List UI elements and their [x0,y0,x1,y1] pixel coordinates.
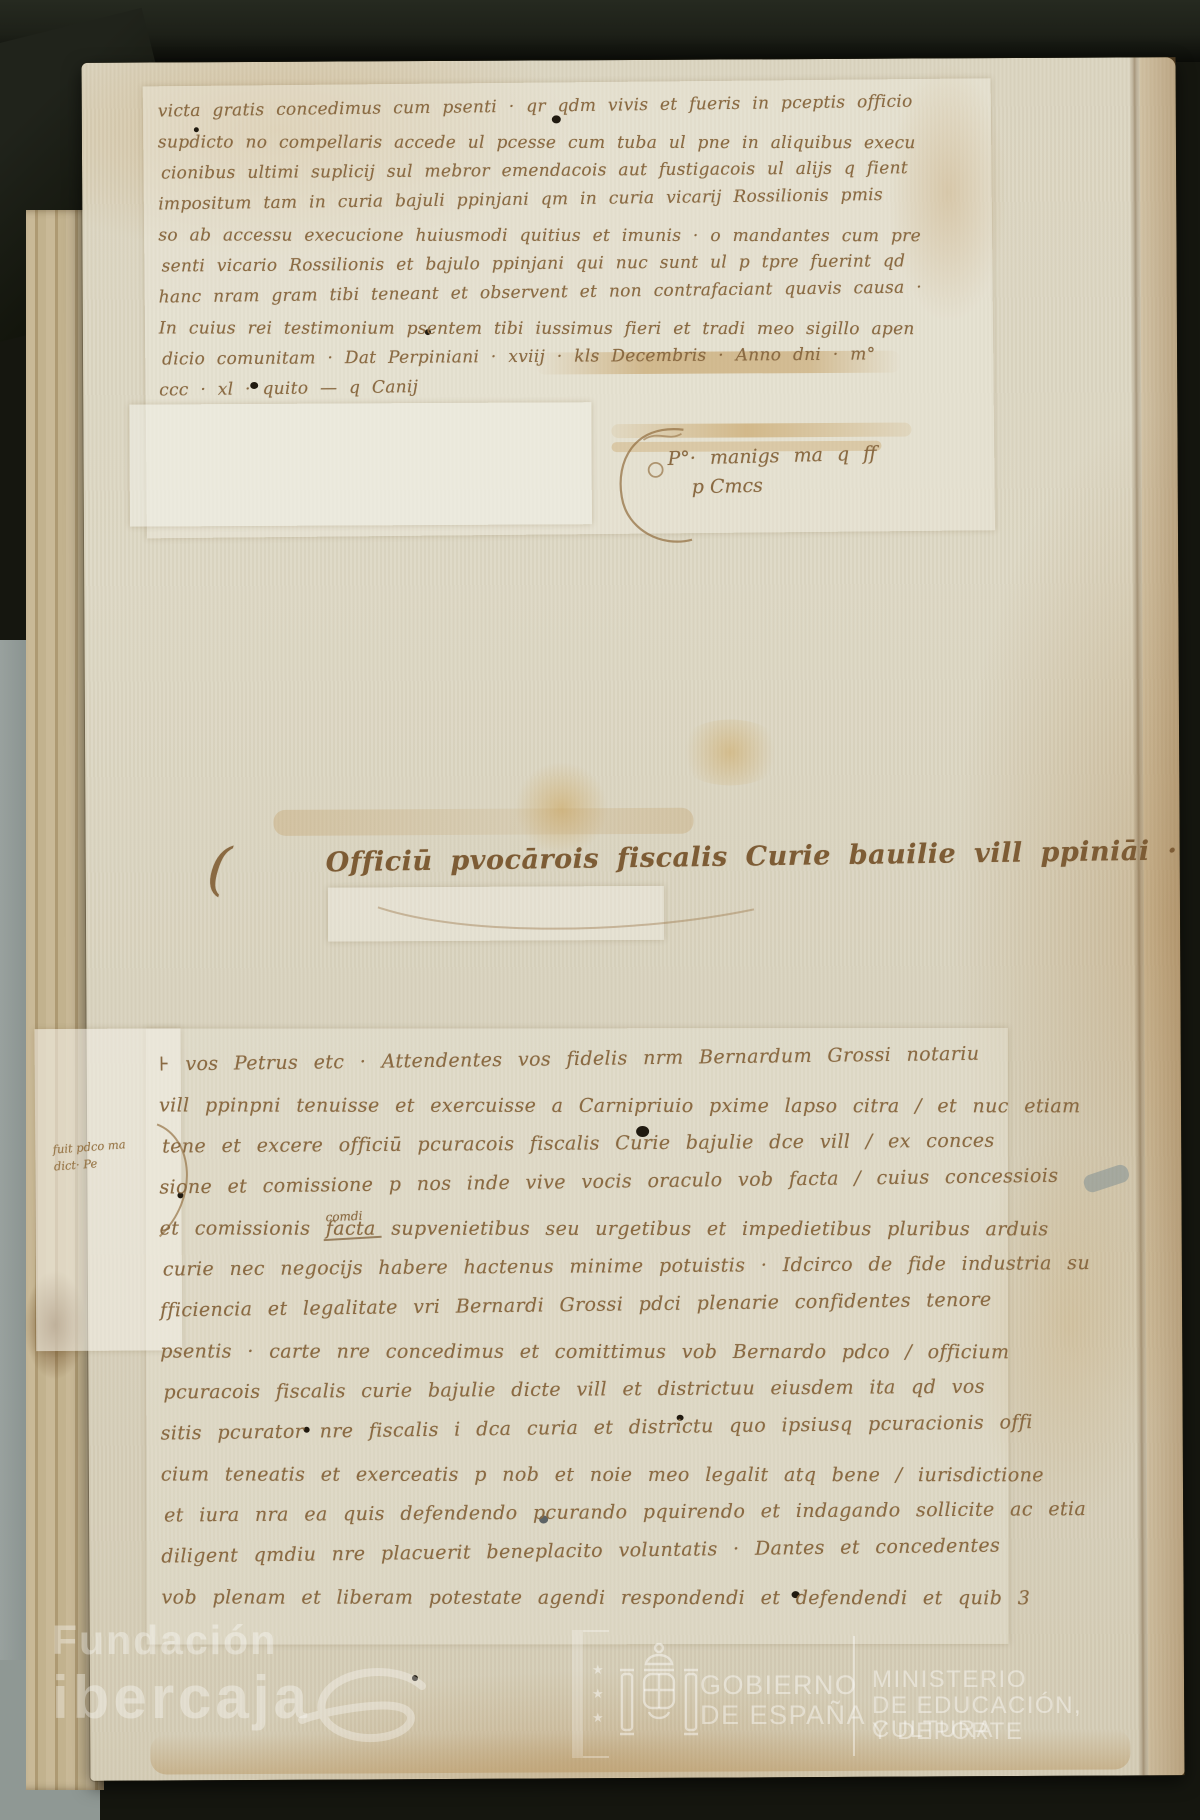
faint-pen-arc [376,897,756,939]
ink-stain [675,719,785,786]
ibercaja-swirl-icon [300,1668,430,1758]
ministerio-watermark-line3: Y DEPORTE [872,1720,1023,1744]
signature-line: p Cmcs [691,475,763,499]
star-icon: ★ [592,1662,604,1678]
ink-stain [273,808,693,836]
page-fore-edge [1139,57,1184,1775]
manuscript-photo: victa gratis concedimus cum psenti · qr … [0,0,1200,1820]
spain-coat-of-arms-icon [616,1640,702,1758]
top-text-block: victa gratis concedimus cum psenti · qr … [158,92,1010,406]
lower-text-block: ⊦ vos Petrus etc · Attendentes vos fidel… [159,1040,1022,1618]
manuscript-line: vob plenam et liberam potestate agendi r… [162,1577,1022,1619]
ibercaja-watermark-line2: ibercaja [52,1668,311,1728]
gobierno-watermark-line2: DE ESPAÑA [700,1702,866,1729]
light-patch [129,402,592,526]
margin-note: fuit pdco ma dict· Pe [52,1136,127,1175]
flag-bar [572,1630,583,1758]
watermark-divider [853,1636,855,1756]
book-cover-top-edge [0,0,1200,62]
ibercaja-watermark-line1: Fundación [52,1620,277,1661]
signature-flourish [613,422,704,552]
bracket-mark [583,1630,609,1632]
gobierno-watermark-line1: GOBIERNO [700,1672,858,1699]
bracket-mark [583,1756,609,1758]
star-icon: ★ [592,1710,604,1726]
ministerio-watermark-line1: MINISTERIO [872,1668,1027,1692]
parchment-page: victa gratis concedimus cum psenti · qr … [82,57,1185,1781]
star-icon: ★ [592,1686,604,1702]
